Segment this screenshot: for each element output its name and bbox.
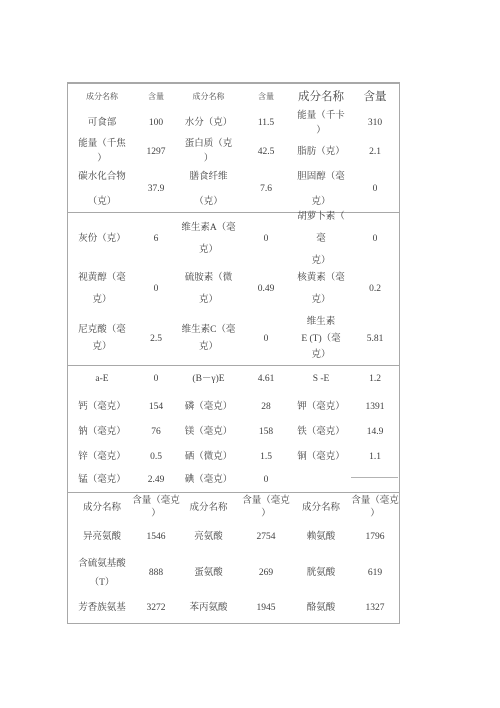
header-cell: 成分名称 xyxy=(176,493,241,523)
value-cell: 0 xyxy=(136,265,176,313)
value-cell: 619 xyxy=(351,553,399,595)
value-cell: 100 xyxy=(136,110,176,137)
value-cell: 310 xyxy=(351,110,399,137)
value-cell: 11.5 xyxy=(241,110,291,137)
header-cell: 含量（毫克 ） xyxy=(241,493,291,523)
value-cell: 2.1 xyxy=(351,137,399,167)
component-name-cell: 能量（千焦 ） xyxy=(68,137,136,167)
table-row: 锌（毫克）0.5硒（微克）1.5铜（毫克）1.1 xyxy=(68,445,399,470)
header-row: 成分名称含量（毫克 ）成分名称含量（毫克 ）成分名称含量（毫克 ） xyxy=(68,493,399,523)
value-cell: 2.5 xyxy=(136,313,176,365)
component-name-cell: 维生素 E (T)（毫 克） xyxy=(291,313,351,365)
component-name-cell: (B－γ)E xyxy=(176,366,241,394)
component-name-cell: S -E xyxy=(291,366,351,394)
component-name-cell: 维生素A（毫 克） xyxy=(176,213,241,265)
table-row: 钙（毫克）154磷（毫克）28钾（毫克）1391 xyxy=(68,394,399,421)
header-cell: 成分名称 xyxy=(291,84,351,110)
value-cell: 0.5 xyxy=(136,445,176,470)
header-cell: 含量（毫克 ） xyxy=(136,493,176,523)
table-row: 能量（千焦 ）1297蛋白质（克 ）42.5脂肪（克）2.1 xyxy=(68,137,399,167)
value-cell: 1391 xyxy=(351,394,399,421)
value-cell: 269 xyxy=(241,553,291,595)
component-name-cell: 可食部 xyxy=(68,110,136,137)
component-name-cell: 维生素C（毫 克） xyxy=(176,313,241,365)
table-row: 视黄醇（毫 克）0硫胺素（微 克）0.49核黄素（毫 克）0.2 xyxy=(68,265,399,313)
value-cell: 3272 xyxy=(136,595,176,623)
table-row: 可食部100水分（克）11.5能量（千卡 ）310 xyxy=(68,110,399,137)
value-cell: 1297 xyxy=(136,137,176,167)
table-section-2: 灰份（克）6维生素A（毫 克）0胡萝卜素（ 毫 克）0视黄醇（毫 克）0硫胺素（… xyxy=(68,212,399,365)
value-cell: 154 xyxy=(136,394,176,421)
value-cell: 28 xyxy=(241,394,291,421)
value-cell: 5.81 xyxy=(351,313,399,365)
component-name-cell: 镁（毫克） xyxy=(176,421,241,445)
component-name-cell: 膳食纤维 （克） xyxy=(176,167,241,212)
value-cell xyxy=(351,470,399,492)
value-cell: 42.5 xyxy=(241,137,291,167)
component-name-cell: 锰（毫克） xyxy=(68,470,136,492)
value-cell: 0 xyxy=(241,470,291,492)
value-cell: 1.2 xyxy=(351,366,399,394)
table-row: 锰（毫克）2.49碘（毫克）0 xyxy=(68,470,399,492)
value-cell: 1327 xyxy=(351,595,399,623)
component-name-cell: 铁（毫克） xyxy=(291,421,351,445)
component-name-cell: a-E xyxy=(68,366,136,394)
component-name-cell: 铜（毫克） xyxy=(291,445,351,470)
value-cell: 0 xyxy=(136,366,176,394)
value-cell: 7.6 xyxy=(241,167,291,212)
header-cell: 成分名称 xyxy=(176,84,241,110)
value-cell: 0 xyxy=(241,213,291,265)
header-cell: 含量 xyxy=(351,84,399,110)
component-name-cell: 胱氨酸 xyxy=(291,553,351,595)
table-row: 异亮氨酸1546亮氨酸2754赖氨酸1796 xyxy=(68,523,399,553)
component-name-cell: 芳香族氨基 xyxy=(68,595,136,623)
header-cell: 成分名称 xyxy=(291,493,351,523)
component-name-cell: 苯丙氨酸 xyxy=(176,595,241,623)
table-row: 碳水化合物 （克）37.9膳食纤维 （克）7.6胆固醇（毫 克）0 xyxy=(68,167,399,212)
value-cell: 14.9 xyxy=(351,421,399,445)
page: { "table": { "border_color": "#a8a8a8", … xyxy=(0,0,500,708)
component-name-cell: 异亮氨酸 xyxy=(68,523,136,553)
value-cell: 1.5 xyxy=(241,445,291,470)
value-cell: 76 xyxy=(136,421,176,445)
table-row: 钠（毫克）76镁（毫克）158铁（毫克）14.9 xyxy=(68,421,399,445)
component-name-cell: 视黄醇（毫 克） xyxy=(68,265,136,313)
component-name-cell: 锌（毫克） xyxy=(68,445,136,470)
header-cell: 成分名称 xyxy=(68,493,136,523)
component-name-cell: 灰份（克） xyxy=(68,213,136,265)
component-name-cell: 钠（毫克） xyxy=(68,421,136,445)
value-cell: 37.9 xyxy=(136,167,176,212)
table-section-1: 成分名称含量成分名称含量成分名称含量可食部100水分（克）11.5能量（千卡 ）… xyxy=(68,83,399,212)
value-cell: 4.61 xyxy=(241,366,291,394)
component-name-cell: 脂肪（克） xyxy=(291,137,351,167)
component-name-cell: 赖氨酸 xyxy=(291,523,351,553)
value-cell: 1546 xyxy=(136,523,176,553)
component-name-cell: 硫胺素（微 克） xyxy=(176,265,241,313)
component-name-cell: 钾（毫克） xyxy=(291,394,351,421)
component-name-cell: 磷（毫克） xyxy=(176,394,241,421)
component-name-cell: 碘（毫克） xyxy=(176,470,241,492)
table-row: 灰份（克）6维生素A（毫 克）0胡萝卜素（ 毫 克）0 xyxy=(68,213,399,265)
component-name-cell: 蛋白质（克 ） xyxy=(176,137,241,167)
component-name-cell: 亮氨酸 xyxy=(176,523,241,553)
component-name-cell: 硒（微克） xyxy=(176,445,241,470)
table-row: 含硫氨基酸 （T）888蛋氨酸269胱氨酸619 xyxy=(68,553,399,595)
component-name-cell: 胡萝卜素（ 毫 克） xyxy=(291,213,351,265)
component-name-cell: 能量（千卡 ） xyxy=(291,110,351,137)
value-cell: 6 xyxy=(136,213,176,265)
value-cell: 0 xyxy=(351,167,399,212)
component-name-cell: 蛋氨酸 xyxy=(176,553,241,595)
value-cell: 2.49 xyxy=(136,470,176,492)
table-row: a-E0(B－γ)E4.61S -E1.2 xyxy=(68,366,399,394)
table-section-4: 成分名称含量（毫克 ）成分名称含量（毫克 ）成分名称含量（毫克 ）异亮氨酸154… xyxy=(68,492,399,623)
component-name-cell: 核黄素（毫 克） xyxy=(291,265,351,313)
table-row: 尼克酸（毫 克）2.5维生素C（毫 克）0维生素 E (T)（毫 克）5.81 xyxy=(68,313,399,365)
value-cell: 1945 xyxy=(241,595,291,623)
header-row: 成分名称含量成分名称含量成分名称含量 xyxy=(68,84,399,110)
component-name-cell xyxy=(291,470,351,492)
scan-line-artifact xyxy=(351,477,398,478)
nutrition-table: 成分名称含量成分名称含量成分名称含量可食部100水分（克）11.5能量（千卡 ）… xyxy=(67,82,400,624)
value-cell: 1796 xyxy=(351,523,399,553)
component-name-cell: 水分（克） xyxy=(176,110,241,137)
header-cell: 含量 xyxy=(241,84,291,110)
value-cell: 0 xyxy=(241,313,291,365)
component-name-cell: 尼克酸（毫 克） xyxy=(68,313,136,365)
value-cell: 0.49 xyxy=(241,265,291,313)
value-cell: 2754 xyxy=(241,523,291,553)
header-cell: 成分名称 xyxy=(68,84,136,110)
value-cell: 888 xyxy=(136,553,176,595)
header-cell: 含量 xyxy=(136,84,176,110)
component-name-cell: 酪氨酸 xyxy=(291,595,351,623)
table-row: 芳香族氨基3272苯丙氨酸1945酪氨酸1327 xyxy=(68,595,399,623)
value-cell: 1.1 xyxy=(351,445,399,470)
header-cell: 含量（毫克 ） xyxy=(351,493,399,523)
value-cell: 158 xyxy=(241,421,291,445)
component-name-cell: 钙（毫克） xyxy=(68,394,136,421)
component-name-cell: 碳水化合物 （克） xyxy=(68,167,136,212)
value-cell: 0 xyxy=(351,213,399,265)
value-cell: 0.2 xyxy=(351,265,399,313)
component-name-cell: 含硫氨基酸 （T） xyxy=(68,553,136,595)
table-section-3: a-E0(B－γ)E4.61S -E1.2钙（毫克）154磷（毫克）28钾（毫克… xyxy=(68,365,399,492)
